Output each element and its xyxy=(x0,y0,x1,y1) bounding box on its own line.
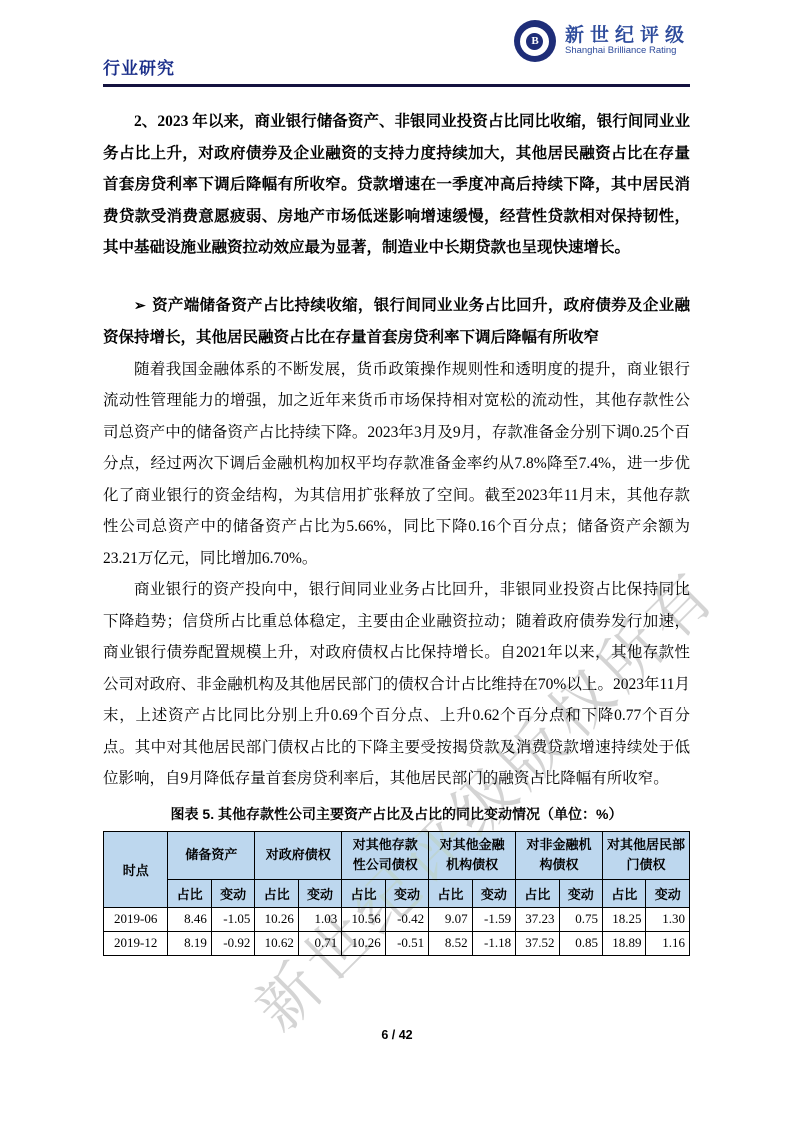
value-cell: 8.46 xyxy=(168,907,211,931)
paragraph-asset-allocation: 商业银行的资产投向中，银行间同业业务占比回升，非银同业投资占比保持同比下降趋势；… xyxy=(103,574,690,795)
value-cell: 1.16 xyxy=(646,931,690,955)
brand-name-cn: 新世纪评级 xyxy=(565,25,690,47)
value-cell: -1.59 xyxy=(472,907,515,931)
value-cell: 1.03 xyxy=(298,907,341,931)
value-cell: 8.52 xyxy=(429,931,472,955)
brand-seal-inner-ring: B xyxy=(520,27,549,56)
page-header: 行业研究 B 新世纪评级 Shanghai Brilliance Rating xyxy=(103,0,690,84)
page-number-indicator: 6 / 42 xyxy=(381,1028,412,1042)
table-subheader: 占比 xyxy=(342,879,385,907)
brand-seal-icon: B xyxy=(514,20,556,62)
table-row: 2019-128.19-0.9210.620.7110.26-0.518.52-… xyxy=(104,931,690,955)
value-cell: 1.30 xyxy=(646,907,690,931)
brand-seal-core: B xyxy=(526,33,543,50)
value-cell: 37.52 xyxy=(516,931,559,955)
value-cell: 9.07 xyxy=(429,907,472,931)
value-cell: 0.71 xyxy=(298,931,341,955)
bullet-heading-text: 资产端储备资产占比持续收缩，银行间同业业务占比回升，政府债券及企业融资保持增长，… xyxy=(103,297,690,347)
value-cell: 0.75 xyxy=(559,907,602,931)
table-subheader-row: 占比变动占比变动占比变动占比变动占比变动占比变动 xyxy=(104,879,690,907)
table-subheader: 占比 xyxy=(429,879,472,907)
table-subheader: 占比 xyxy=(168,879,211,907)
value-cell: 8.19 xyxy=(168,931,211,955)
value-cell: 0.85 xyxy=(559,931,602,955)
period-cell: 2019-06 xyxy=(104,907,168,931)
table-group-header: 对其他居民部门债权 xyxy=(602,831,689,879)
table-group-header-row: 时点 储备资产对政府债权对其他存款性公司债权对其他金融机构债权对非金融机构债权对… xyxy=(104,831,690,879)
table-subheader: 占比 xyxy=(602,879,645,907)
period-cell: 2019-12 xyxy=(104,931,168,955)
table-title: 图表 5. 其他存款性公司主要资产占比及占比的同比变动情况（单位：%） xyxy=(103,804,690,824)
table-group-header: 储备资产 xyxy=(168,831,255,879)
value-cell: 10.62 xyxy=(255,931,298,955)
table-group-header: 对其他金融机构债权 xyxy=(429,831,516,879)
paragraph-summary: 2、2023 年以来，商业银行储备资产、非银同业投资占比同比收缩，银行间同业业务… xyxy=(103,106,690,264)
value-cell: 10.26 xyxy=(342,931,385,955)
value-cell: 18.25 xyxy=(602,907,645,931)
brand-name-en: Shanghai Brilliance Rating xyxy=(565,46,690,57)
document-body: 2、2023 年以来，商业银行储备资产、非银同业投资占比同比收缩，银行间同业业务… xyxy=(103,86,690,956)
page-footer: 6 / 42 xyxy=(0,1028,794,1042)
value-cell: 37.23 xyxy=(516,907,559,931)
table-subheader: 变动 xyxy=(646,879,690,907)
value-cell: -0.51 xyxy=(385,931,428,955)
table-row: 2019-068.46-1.0510.261.0310.56-0.429.07-… xyxy=(104,907,690,931)
value-cell: 18.89 xyxy=(602,931,645,955)
table-subheader: 占比 xyxy=(516,879,559,907)
paragraph-reserve-assets: 随着我国金融体系的不断发展，货币政策操作规则性和透明度的提升，商业银行流动性管理… xyxy=(103,354,690,575)
table-subheader: 变动 xyxy=(298,879,341,907)
table-group-header: 对非金融机构债权 xyxy=(516,831,603,879)
asset-ratio-table: 时点 储备资产对政府债权对其他存款性公司债权对其他金融机构债权对非金融机构债权对… xyxy=(103,831,690,956)
value-cell: 10.26 xyxy=(255,907,298,931)
table-subheader: 占比 xyxy=(255,879,298,907)
value-cell: -0.42 xyxy=(385,907,428,931)
table-subheader: 变动 xyxy=(472,879,515,907)
brand-wordmark: 新世纪评级 Shanghai Brilliance Rating xyxy=(565,25,690,58)
corner-header-cell: 时点 xyxy=(104,831,168,907)
report-page: 行业研究 B 新世纪评级 Shanghai Brilliance Rating … xyxy=(0,0,794,1123)
table-subheader: 变动 xyxy=(559,879,602,907)
value-cell: -1.05 xyxy=(211,907,254,931)
doc-type-label: 行业研究 xyxy=(103,54,175,79)
table-group-header: 对其他存款性公司债权 xyxy=(342,831,429,879)
table-subheader: 变动 xyxy=(385,879,428,907)
value-cell: 10.56 xyxy=(342,907,385,931)
arrow-bullet-icon: ➢ xyxy=(134,299,146,314)
value-cell: -0.92 xyxy=(211,931,254,955)
value-cell: -1.18 xyxy=(472,931,515,955)
paragraph-bullet-heading: ➢资产端储备资产占比持续收缩，银行间同业业务占比回升，政府债券及企业融资保持增长… xyxy=(103,290,690,354)
brand-logo: B 新世纪评级 Shanghai Brilliance Rating xyxy=(514,20,690,62)
table-group-header: 对政府债权 xyxy=(255,831,342,879)
table-subheader: 变动 xyxy=(211,879,254,907)
